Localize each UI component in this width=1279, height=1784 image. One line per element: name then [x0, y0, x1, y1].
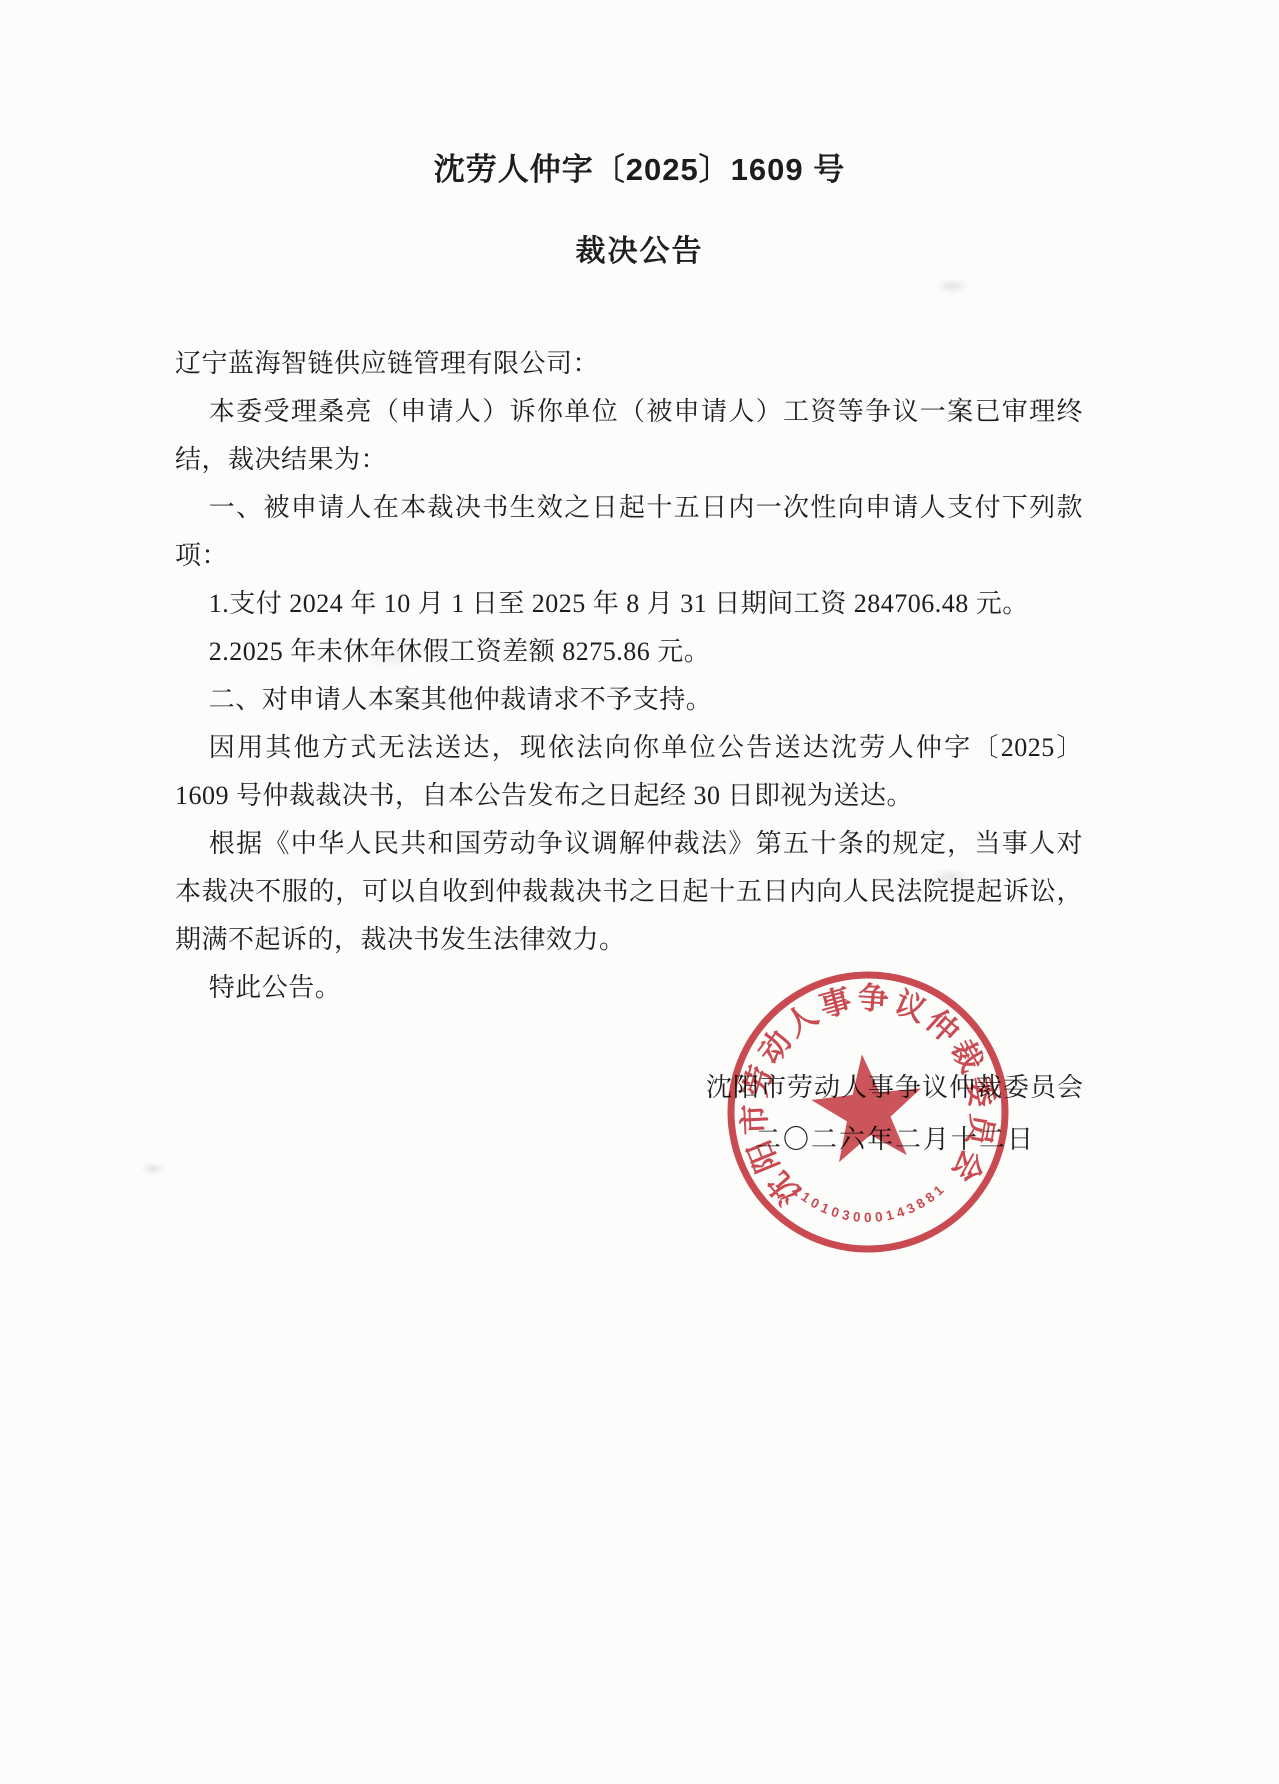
document-title: 裁决公告	[0, 232, 1279, 272]
seal-serial-number: 210103000143881	[788, 1167, 952, 1234]
paragraph: 一、被申请人在本裁决书生效之日起十五日内一次性向申请人支付下列款项：	[175, 484, 1083, 580]
paragraph: 根据《中华人民共和国劳动争议调解仲裁法》第五十条的规定，当事人对本裁决不服的，可…	[175, 820, 1083, 964]
paragraph: 本委受理桑亮（申请人）诉你单位（被申请人）工资等争议一案已审理终结，裁决结果为：	[175, 388, 1083, 484]
case-number: 沈劳人仲字〔2025〕1609 号	[0, 150, 1279, 190]
paragraph: 二、对申请人本案其他仲裁请求不予支持。	[175, 676, 1083, 724]
document-date: 二〇二六年二月十二日	[706, 1120, 1084, 1160]
paragraph: 因用其他方式无法送达，现依法向你单位公告送达沈劳人仲字〔2025〕1609 号仲…	[175, 724, 1083, 820]
scan-artifact	[935, 278, 969, 294]
issuing-authority: 沈阳市劳动人事争议仲裁委员会	[706, 1068, 1084, 1108]
paragraph: 辽宁蓝海智链供应链管理有限公司：	[175, 340, 1083, 388]
paragraph: 1.支付 2024 年 10 月 1 日至 2025 年 8 月 31 日期间工…	[175, 580, 1083, 628]
signature-block: 沈阳市劳动人事争议仲裁委员会 二〇二六年二月十二日	[706, 1068, 1084, 1160]
paragraph: 2.2025 年未休年休假工资差额 8275.86 元。	[175, 628, 1083, 676]
document-body: 辽宁蓝海智链供应链管理有限公司：本委受理桑亮（申请人）诉你单位（被申请人）工资等…	[175, 340, 1083, 1012]
scan-artifact	[140, 1162, 166, 1176]
document-header: 沈劳人仲字〔2025〕1609 号 裁决公告	[0, 0, 1279, 272]
scanned-document-page: 沈劳人仲字〔2025〕1609 号 裁决公告 辽宁蓝海智链供应链管理有限公司：本…	[0, 0, 1279, 1784]
paragraph: 特此公告。	[175, 964, 1083, 1012]
